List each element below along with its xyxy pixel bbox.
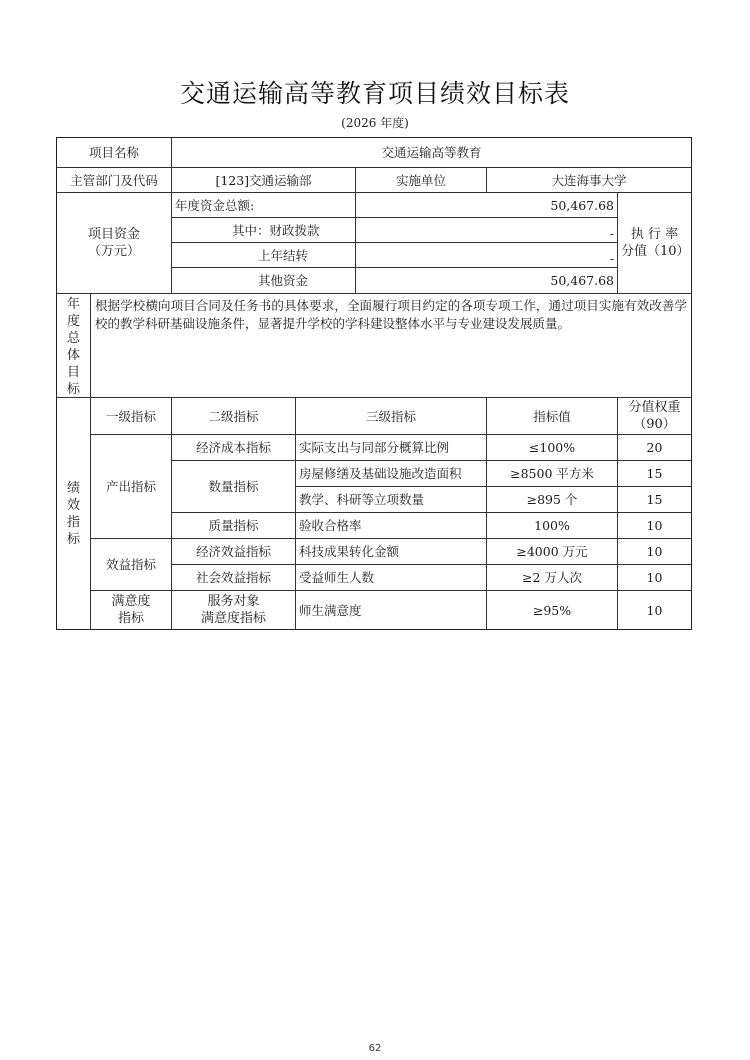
level1-benefit: 效益指标 (91, 539, 172, 591)
service-line1: 服务对象 (207, 593, 259, 610)
funding-fiscal-value: - (356, 218, 618, 243)
level2-quantity: 数量指标 (172, 461, 296, 513)
weight-6: 10 (618, 591, 691, 629)
indicator-0: 实际支出与同部分概算比例 (296, 435, 487, 461)
weight-header-line2: （90） (633, 416, 676, 433)
value-3: 100% (487, 513, 618, 539)
value-1: ≥8500 平方米 (487, 461, 618, 487)
annual-goal-text: 根据学校横向项目合同及任务书的具体要求，全面履行项目约定的各项专项工作，通过项目… (91, 294, 691, 398)
weight-0: 20 (618, 435, 691, 461)
funding-carryover-value: - (356, 243, 618, 268)
indicator-2: 教学、科研等立项数量 (296, 487, 487, 513)
project-name-label: 项目名称 (57, 138, 172, 168)
weight-1: 15 (618, 461, 691, 487)
weight-3: 10 (618, 513, 691, 539)
indicator-1: 房屋修缮及基础设施改造面积 (296, 461, 487, 487)
funding-total-label: 年度资金总额: (172, 193, 356, 218)
dept-label: 主管部门及代码 (57, 168, 172, 193)
satisfaction-line2: 指标 (118, 610, 144, 627)
goal-char: 标 (67, 381, 80, 398)
header-level3: 三级指标 (296, 398, 487, 435)
weight-2: 15 (618, 487, 691, 513)
indicator-4: 科技成果转化金额 (296, 539, 487, 565)
level2-social: 社会效益指标 (172, 565, 296, 591)
weight-4: 10 (618, 539, 691, 565)
value-0: ≤100% (487, 435, 618, 461)
funding-other-value: 50,467.68 (356, 268, 618, 294)
header-level1: 一级指标 (91, 398, 172, 435)
value-2: ≥895 个 (487, 487, 618, 513)
performance-goal-table: 项目名称 交通运输高等教育 主管部门及代码 [123]交通运输部 实施单位 大连… (56, 137, 692, 630)
level2-quality: 质量指标 (172, 513, 296, 539)
performance-label: 绩 效 指 标 (57, 398, 91, 629)
weight-header-line1: 分值权重 (628, 399, 680, 416)
level1-satisfaction: 满意度 指标 (91, 591, 172, 629)
indicator-6: 师生满意度 (296, 591, 487, 629)
goal-char: 目 (67, 364, 80, 381)
funding-label-line1: 项目资金 (88, 226, 140, 243)
exec-rate-cell: 执 行 率 分值（10） (618, 193, 691, 294)
goal-char: 总 (67, 330, 80, 347)
perf-char: 指 (67, 514, 80, 531)
exec-rate-line2: 分值（10） (621, 243, 688, 260)
dept-value: [123]交通运输部 (172, 168, 356, 193)
funding-carryover-label: 上年结转 (172, 243, 356, 268)
service-line2: 满意度指标 (201, 610, 266, 627)
goal-char: 度 (67, 313, 80, 330)
value-4: ≥4000 万元 (487, 539, 618, 565)
project-name-value: 交通运输高等教育 (172, 138, 691, 168)
funding-section-label: 项目资金 （万元） (57, 193, 172, 294)
funding-fiscal-label: 其中：财政拨款 (172, 218, 356, 243)
unit-label: 实施单位 (356, 168, 487, 193)
level2-economic: 经济效益指标 (172, 539, 296, 565)
value-6: ≥95% (487, 591, 618, 629)
header-value: 指标值 (487, 398, 618, 435)
level2-cost: 经济成本指标 (172, 435, 296, 461)
weight-5: 10 (618, 565, 691, 591)
satisfaction-line1: 满意度 (111, 593, 150, 610)
page-number: 62 (0, 1043, 750, 1054)
perf-char: 标 (67, 531, 80, 548)
perf-char: 效 (67, 497, 80, 514)
page-title: 交通运输高等教育项目绩效目标表 (0, 74, 750, 110)
header-weight: 分值权重 （90） (618, 398, 691, 435)
annual-goal-label: 年 度 总 体 目 标 (57, 294, 91, 398)
indicator-3: 验收合格率 (296, 513, 487, 539)
funding-total-value: 50,467.68 (356, 193, 618, 218)
year-subtitle: (2026 年度) (0, 114, 750, 131)
value-5: ≥2 万人次 (487, 565, 618, 591)
funding-label-line2: （万元） (88, 243, 140, 260)
header-level2: 二级指标 (172, 398, 296, 435)
perf-char: 绩 (67, 480, 80, 497)
exec-rate-line1: 执 行 率 (631, 226, 678, 243)
level2-service-satisfaction: 服务对象 满意度指标 (172, 591, 296, 629)
unit-value: 大连海事大学 (487, 168, 691, 193)
goal-char: 体 (67, 347, 80, 364)
level1-output: 产出指标 (91, 435, 172, 539)
goal-char: 年 (67, 296, 80, 313)
funding-other-label: 其他资金 (172, 268, 356, 294)
indicator-5: 受益师生人数 (296, 565, 487, 591)
